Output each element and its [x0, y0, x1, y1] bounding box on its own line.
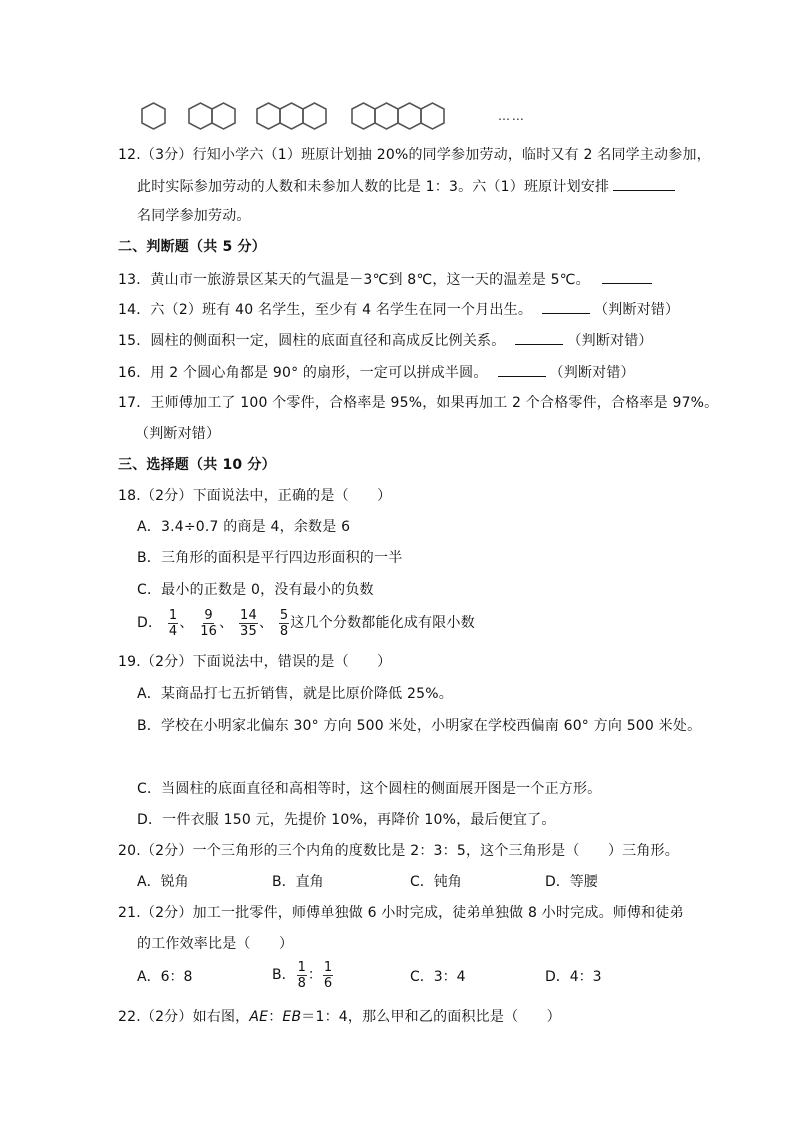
question-18-stem: 18.（2分）下面说法中，正确的是（ ）	[118, 486, 391, 506]
fraction-1-8: 18	[297, 960, 307, 991]
question-14: 14．六（2）班有 40 名学生，至少有 4 名学生在同一个月出生。（判断对错）	[118, 299, 679, 320]
question-14-text: 14．六（2）班有 40 名学生，至少有 4 名学生在同一个月出生。	[118, 302, 532, 318]
judge-hint-14: （判断对错）	[594, 302, 679, 318]
option-20-c[interactable]: C．钝角	[410, 872, 462, 892]
option-20-a[interactable]: A．锐角	[137, 872, 189, 892]
option-21-c[interactable]: C．3：4	[410, 967, 466, 987]
question-16: 16．用 2 个圆心角都是 90° 的扇形，一定可以拼成半圆。（判断对错）	[118, 362, 635, 383]
fraction-1-4: 14	[168, 608, 178, 639]
option-20-d[interactable]: D．等腰	[545, 872, 598, 892]
question-20-stem: 20.（2分）一个三角形的三个内角的度数比是 2：3：5，这个三角形是（ ）三角…	[118, 841, 679, 861]
question-12-line-3: 名同学参加劳动。	[137, 206, 251, 226]
hexagon-chain-icon	[138, 100, 558, 134]
question-16-text: 16．用 2 个圆心角都是 90° 的扇形，一定可以拼成半圆。	[118, 365, 488, 381]
option-18-b[interactable]: B．三角形的面积是平行四边形面积的一半	[137, 548, 402, 568]
fraction-9-16: 916	[199, 608, 218, 639]
answer-blank-16[interactable]	[498, 362, 546, 377]
answer-blank-15[interactable]	[515, 330, 563, 345]
question-21-line-1: 21.（2分）加工一批零件，师傅单独做 6 小时完成，徒弟单独做 8 小时完成。…	[118, 903, 684, 923]
judge-hint-17: （判断对错）	[135, 424, 220, 444]
fraction-1-6: 16	[323, 960, 333, 991]
segment-eb: EB	[282, 1009, 301, 1025]
fraction-14-35: 1435	[239, 608, 258, 639]
question-12-line-1: 12.（3分）行知小学六（1）班原计划抽 20%的同学参加劳动，临时又有 2 名…	[118, 145, 711, 165]
option-21-a[interactable]: A．6：8	[137, 967, 192, 987]
answer-blank-14[interactable]	[542, 299, 590, 314]
judge-hint-16: （判断对错）	[550, 365, 635, 381]
ellipsis-dots: ⋯ ⋯	[498, 112, 523, 126]
question-21-line-2: 的工作效率比是（ ）	[137, 934, 293, 954]
option-21-b[interactable]: B．18：16	[272, 958, 334, 992]
option-18-d-text: 这几个分数都能化成有限小数	[290, 615, 475, 631]
option-18-c[interactable]: C．最小的正数是 0，没有最小的负数	[137, 580, 374, 600]
answer-blank-12[interactable]	[613, 176, 675, 191]
option-18-d[interactable]: D． 14、 916、 1435、 58这几个分数都能化成有限小数	[137, 606, 475, 640]
question-15: 15．圆柱的侧面积一定，圆柱的底面直径和高成反比例关系。（判断对错）	[118, 330, 653, 351]
option-18-a[interactable]: A．3.4÷0.7 的商是 4，余数是 6	[137, 517, 350, 537]
question-12-text: 此时实际参加劳动的人数和未参加人数的比是 1：3。六（1）班原计划安排	[137, 179, 609, 195]
judge-hint-15: （判断对错）	[567, 333, 652, 349]
section-title-true-false: 二、判断题（共 5 分）	[118, 237, 266, 257]
question-13-text: 13．黄山市一旅游景区某天的气温是－3℃到 8℃，这一天的温差是 5℃。	[118, 272, 590, 288]
option-20-b[interactable]: B．直角	[272, 872, 324, 892]
question-15-text: 15．圆柱的侧面积一定，圆柱的底面直径和高成反比例关系。	[118, 333, 505, 349]
question-13: 13．黄山市一旅游景区某天的气温是－3℃到 8℃，这一天的温差是 5℃。	[118, 269, 656, 290]
question-12-line-2: 此时实际参加劳动的人数和未参加人数的比是 1：3。六（1）班原计划安排	[137, 176, 679, 197]
option-19-a[interactable]: A．某商品打七五折销售，就是比原价降低 25%。	[137, 684, 453, 704]
question-22-stem: 22.（2分）如右图，AE：EB＝1：4，那么甲和乙的面积比是（ ）	[118, 1007, 561, 1027]
question-17-line-1: 17．王师傅加工了 100 个零件，合格率是 95%，如果再加工 2 个合格零件…	[118, 393, 718, 413]
option-21-d[interactable]: D．4：3	[545, 967, 602, 987]
question-19-stem: 19.（2分）下面说法中，错误的是（ ）	[118, 652, 391, 672]
option-18-d-label: D．	[137, 615, 162, 631]
option-19-d[interactable]: D．一件衣服 150 元，先提价 10%，再降价 10%，最后便宜了。	[137, 810, 556, 830]
option-19-b[interactable]: B．学校在小明家北偏东 30° 方向 500 米处，小明家在学校西偏南 60° …	[137, 716, 701, 736]
answer-blank-13[interactable]	[602, 269, 652, 284]
hexagon-pattern-figure	[138, 100, 558, 134]
fraction-5-8: 58	[279, 608, 289, 639]
option-19-c[interactable]: C．当圆柱的底面直径和高相等时，这个圆柱的侧面展开图是一个正方形。	[137, 779, 601, 799]
option-21-b-label: B．	[272, 967, 296, 983]
section-title-multiple-choice: 三、选择题（共 10 分）	[118, 455, 276, 475]
segment-ae: AE	[249, 1009, 268, 1025]
